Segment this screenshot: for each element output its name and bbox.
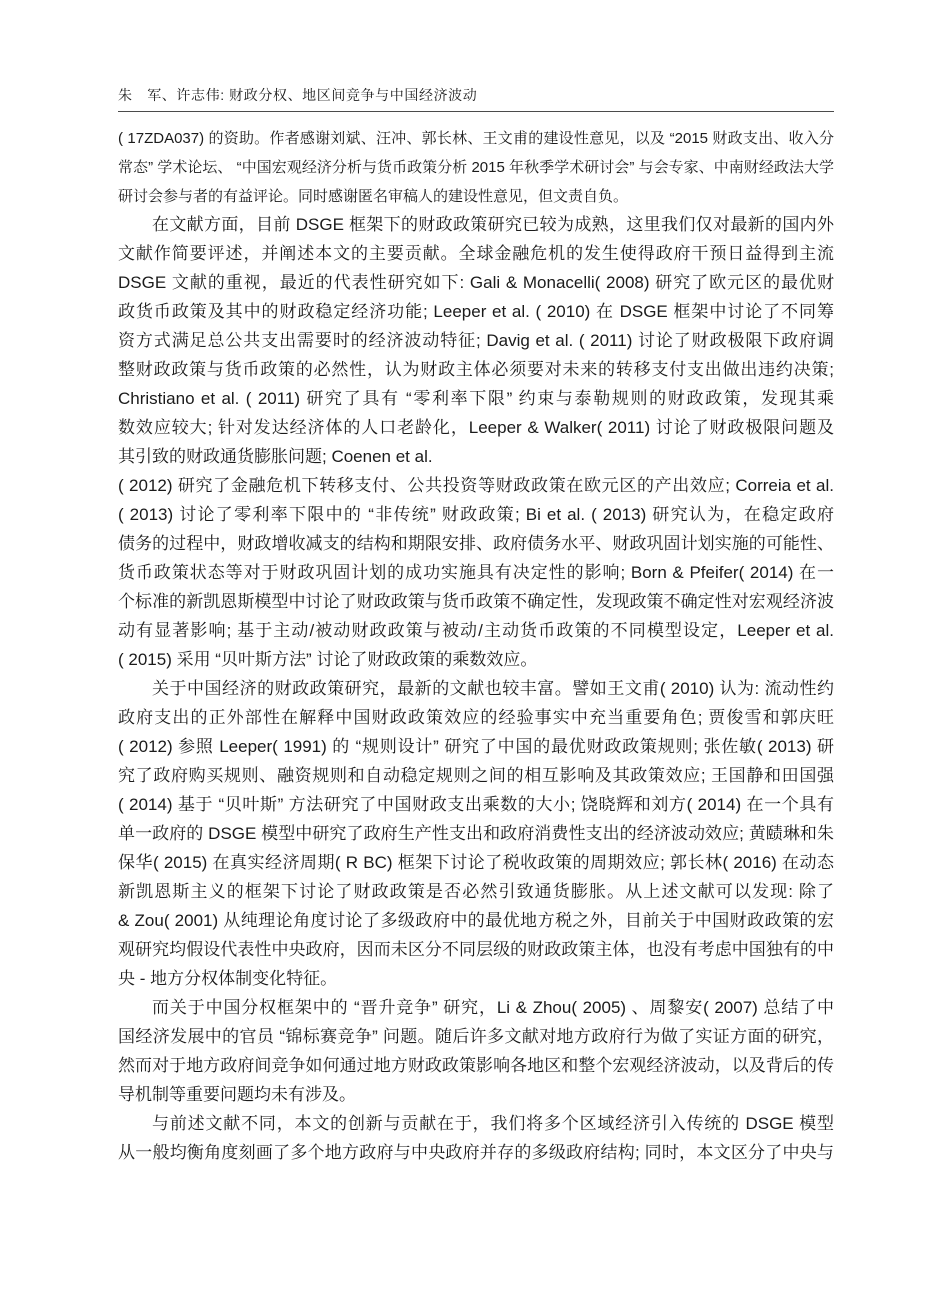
text-line: 观研究均假设代表性中央政府，因而未区分不同层级的财政政策主体，也没有考虑中国独有… <box>118 935 834 964</box>
text-line: 而关于中国分权框架中的 “晋升竞争” 研究，Li & Zhou( 2005) 、… <box>118 993 834 1022</box>
text-line: 货币政策状态等对于财政巩固计划的成功实施具有决定性的影响; Born & Pfe… <box>118 558 834 587</box>
text-line: 关于中国经济的财政政策研究，最新的文献也较丰富。譬如王文甫( 2010) 认为:… <box>118 674 834 703</box>
text-line: ( 2012) 研究了金融危机下转移支付、公共投资等财政政策在欧元区的产出效应;… <box>118 471 834 500</box>
text-line: 整财政政策与货币政策的必然性，认为财政主体必须要对未来的转移支付支出做出违约决策… <box>118 355 834 384</box>
text-line: 国经济发展中的官员 “锦标赛竞争” 问题。随后许多文献对地方政府行为做了实证方面… <box>118 1022 834 1051</box>
text-line: 与前述文献不同，本文的创新与贡献在于，我们将多个区域经济引入传统的 DSGE 模… <box>118 1109 834 1138</box>
text-line: & Zou( 2001) 从纯理论角度讨论了多级政府中的最优地方税之外，目前关于… <box>118 906 834 935</box>
text-line: 在文献方面，目前 DSGE 框架下的财政政策研究已较为成熟，这里我们仅对最新的国… <box>118 210 834 239</box>
text-line: Christiano et al. ( 2011) 研究了具有 “零利率下限” … <box>118 384 834 413</box>
text-line: 政府支出的正外部性在解释中国财政政策效应的经验事实中充当重要角色; 贾俊雪和郭庆… <box>118 703 834 732</box>
footnote-block: ( 17ZDA037) 的资助。作者感谢刘斌、汪冲、郭长林、王文甫的建设性意见，… <box>118 124 834 211</box>
body-text-block: 在文献方面，目前 DSGE 框架下的财政政策研究已较为成熟，这里我们仅对最新的国… <box>118 210 834 1167</box>
text-line: 文献作简要评述，并阐述本文的主要贡献。全球金融危机的发生使得政府干预日益得到主流 <box>118 239 834 268</box>
text-line: 究了政府购买规则、融资规则和自动稳定规则之间的相互影响及其政策效应; 王国静和田… <box>118 761 834 790</box>
text-line: 研讨会参与者的有益评论。同时感谢匿名审稿人的建设性意见，但文责自负。 <box>118 182 834 211</box>
text-line: ( 2014) 基于 “贝叶斯” 方法研究了中国财政支出乘数的大小; 饶晓辉和刘… <box>118 790 834 819</box>
text-line: 其引致的财政通货膨胀问题; Coenen et al. <box>118 442 834 471</box>
text-line: 新凯恩斯主义的框架下讨论了财政政策是否必然引致通货膨胀。从上述文献可以发现: 除… <box>118 877 834 906</box>
text-line: 从一般均衡角度刻画了多个地方政府与中央政府并存的多级政府结构; 同时，本文区分了… <box>118 1138 834 1167</box>
text-line: DSGE 文献的重视，最近的代表性研究如下: Gali & Monacelli(… <box>118 268 834 297</box>
text-line: 数效应较大; 针对发达经济体的人口老龄化，Leeper & Walker( 20… <box>118 413 834 442</box>
running-header: 朱 军、许志伟: 财政分权、地区间竞争与中国经济波动 <box>118 85 834 105</box>
text-line: 常态” 学术论坛、 “中国宏观经济分析与货币政策分析 2015 年秋季学术研讨会… <box>118 153 834 182</box>
text-line: 个标准的新凯恩斯模型中讨论了财政政策与货币政策不确定性，发现政策不确定性对宏观经… <box>118 587 834 616</box>
text-line: ( 2013) 讨论了零利率下限中的 “非传统” 财政政策; Bi et al.… <box>118 500 834 529</box>
text-line: ( 17ZDA037) 的资助。作者感谢刘斌、汪冲、郭长林、王文甫的建设性意见，… <box>118 124 834 153</box>
text-line: 导机制等重要问题均未有涉及。 <box>118 1080 834 1109</box>
text-line: 单一政府的 DSGE 模型中研究了政府生产性支出和政府消费性支出的经济波动效应;… <box>118 819 834 848</box>
text-line: 政货币政策及其中的财政稳定经济功能; Leeper et al. ( 2010)… <box>118 297 834 326</box>
text-line: 然而对于地方政府间竞争如何通过地方财政政策影响各地区和整个宏观经济波动，以及背后… <box>118 1051 834 1080</box>
text-line: 资方式满足总公共支出需要时的经济波动特征; Davig et al. ( 201… <box>118 326 834 355</box>
text-line: ( 2012) 参照 Leeper( 1991) 的 “规则设计” 研究了中国的… <box>118 732 834 761</box>
text-line: 保华( 2015) 在真实经济周期( R BC) 框架下讨论了税收政策的周期效应… <box>118 848 834 877</box>
header-rule <box>118 111 834 112</box>
text-line: 央 - 地方分权体制变化特征。 <box>118 964 834 993</box>
document-page: 朱 军、许志伟: 财政分权、地区间竞争与中国经济波动 ( 17ZDA037) 的… <box>0 0 950 1290</box>
text-line: ( 2015) 采用 “贝叶斯方法” 讨论了财政政策的乘数效应。 <box>118 645 834 674</box>
text-line: 债务的过程中，财政增收减支的结构和期限安排、政府债务水平、财政巩固计划实施的可能… <box>118 529 834 558</box>
text-line: 动有显著影响; 基于主动/被动财政政策与被动/主动货币政策的不同模型设定，Lee… <box>118 616 834 645</box>
